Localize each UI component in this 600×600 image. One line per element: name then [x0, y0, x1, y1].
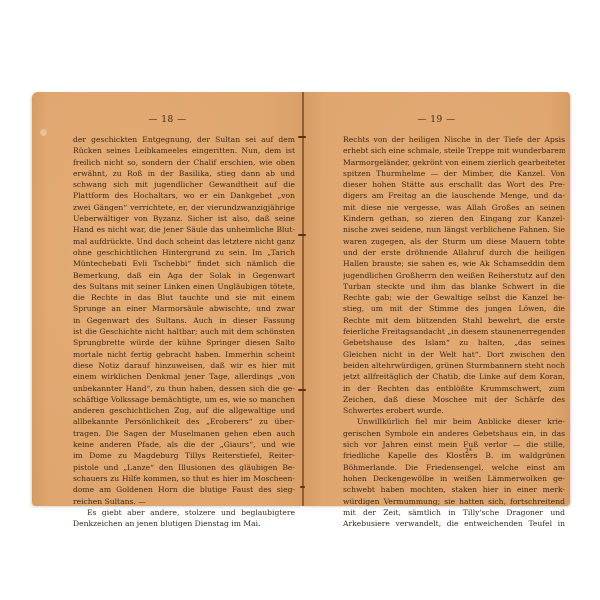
text-line: Kindern gethan, so zieren den Eingang zu… — [343, 213, 565, 224]
text-line: dome am Goldenen Horn die blutige Faust … — [73, 484, 295, 495]
text-line: Rücken seines Leibkameeles eingeritten. … — [73, 145, 295, 156]
text-line: Ueberwältiger von Byzanz. Sicher ist als… — [73, 213, 295, 224]
text-line: gerischen Symbole ein anderes Gebetshaus… — [343, 428, 565, 439]
text-line: einem wirklichen Denkmal jener Tage, all… — [73, 371, 295, 382]
text-line: Denkzeichen an jenen blutigen Dienstag i… — [73, 518, 295, 529]
binding-stitch — [298, 389, 306, 391]
text-line: beiden altehrwürdigen, grünen Sturmbanne… — [343, 360, 565, 371]
left-page-text: der geschickten Entgegnung, der Sultan s… — [73, 134, 295, 529]
text-line: in Gegenwart des Sultans. Auch in dieser… — [73, 315, 295, 326]
text-line: Zeichen, daß diese Moschee mit der Schär… — [343, 394, 565, 405]
text-line: des Sultans mit seiner Linken einen Ungl… — [73, 281, 295, 292]
text-line: freilich nicht so, sondern der Chalif er… — [73, 157, 295, 168]
text-line: hohen Deckengewölbe in weißen Lämmerwolk… — [343, 473, 565, 484]
binding-hole — [40, 129, 47, 136]
text-line: ist die Geschichte nicht haltbar; auch m… — [73, 326, 295, 337]
text-line: sich vor Jahren einst mein Fuß verlor — … — [343, 439, 565, 450]
text-line: Sprungbrette würde der kühne Springer di… — [73, 337, 295, 348]
text-line: jetzt allfreitäglich der Chatib, die Lin… — [343, 371, 565, 382]
text-line: Hand es nicht war, die jener Säule das u… — [73, 224, 295, 235]
text-line: schäftige Volkssage bemächtigte, um es, … — [73, 394, 295, 405]
text-line: die Rechte in das Blut tauchte und sie m… — [73, 292, 295, 303]
text-line: Plattform des Hochaltars, wo er ein Dank… — [73, 190, 295, 201]
text-line: Turban steckte und ihm das blanke Schwer… — [343, 281, 565, 292]
text-line: Sprunge an einer Marmorsäule abwischte, … — [73, 303, 295, 314]
text-line: Gleichen nicht in der Welt hat“. Dort zw… — [343, 349, 565, 360]
text-line: der geschickten Entgegnung, der Sultan s… — [73, 134, 295, 145]
text-line: Rechts von der heiligen Nische in der Ti… — [343, 134, 565, 145]
text-line: Es giebt aber andere, stolzere und begla… — [73, 507, 295, 518]
text-line: jugendlichen Großherrn den weißen Reiher… — [343, 270, 565, 281]
printer-signature-mark: 2* — [465, 448, 472, 455]
text-line: diese Notiz darauf hinzuweisen, daß wir … — [73, 360, 295, 371]
text-line: mit der Zeit, sämtlich in Tilly'sche Dra… — [343, 507, 565, 518]
text-line: reichen Sultans. — — [73, 496, 295, 507]
text-line: mit diese nie vergesse, was Allah Großes… — [343, 202, 565, 213]
text-line: waren zugegen, als der Sturm um diese Ma… — [343, 236, 565, 247]
text-line: spitzen Thurmhelme — der Mimber, die Kan… — [343, 168, 565, 179]
text-line: tragen. Die Sagen der Muselmanen gehen e… — [73, 428, 295, 439]
text-line: im Dome zu Magdeburg Tillys Reiterstiefe… — [73, 450, 295, 461]
book-spine — [302, 92, 304, 506]
binding-stitch — [300, 486, 305, 488]
text-line: und der erste dröhnende Allahruf durch d… — [343, 247, 565, 258]
text-line: erwähnt, zu Roß in der Basilika, stieg d… — [73, 168, 295, 179]
text-line: anderen geschichtlichen Zug, auf die all… — [73, 405, 295, 416]
text-line: friedliche Kapelle des Klosters B. im wa… — [343, 450, 565, 461]
text-line: nische zwei seidene, nun längst verblich… — [343, 224, 565, 235]
text-line: stieg, um mit der Stimme des jungen Löwe… — [343, 303, 565, 314]
text-line: digers am Freitag an die lauschende Meng… — [343, 190, 565, 201]
text-line: Marmorgeländer, gekrönt von einem zierli… — [343, 157, 565, 168]
binding-stitch — [298, 136, 306, 138]
text-line: erhebt sich eine schmale, steile Treppe … — [343, 145, 565, 156]
text-line: unbekannter Hand“, zu thun haben, dessen… — [73, 383, 295, 394]
text-line: würdigen Vermummung; sie hatten sich, fo… — [343, 496, 565, 507]
text-line: Böhmerlande. Die Friedensengel, welche e… — [343, 462, 565, 473]
text-line: zwei Gängen“ verrichtete, er, der vierun… — [73, 202, 295, 213]
text-line: Schwertes erobert wurde. — [343, 405, 565, 416]
text-line: ohne geschichtlichen Hintergrund zu sein… — [73, 247, 295, 258]
binding-stitch — [298, 234, 306, 236]
text-line: in der Rechten das entblößte Krummschwer… — [343, 383, 565, 394]
right-page-text: Rechts von der heiligen Nische in der Ti… — [343, 134, 565, 529]
text-line: Gebetshause des Islam“ zu halten, „das s… — [343, 337, 565, 348]
page-number-left: — 18 — — [32, 115, 303, 125]
text-line: Müntechebati Evli Tschebbi“ findet sich … — [73, 258, 295, 269]
text-line: Arkebusiere verwandelt, die entweichende… — [343, 518, 565, 529]
page-number-right: — 19 — — [303, 115, 570, 125]
text-line: keine anderen Pfade, als die der „Giaurs… — [73, 439, 295, 450]
text-line: mortale nicht fertig gebracht haben. Imm… — [73, 349, 295, 360]
text-line: mal aufdrückte. Und doch scheint das let… — [73, 236, 295, 247]
text-line: Rechte gab; wie der Gewaltige selbst die… — [343, 292, 565, 303]
text-line: schauers zu Hilfe kommen, so thut es hie… — [73, 473, 295, 484]
open-book: — 18 — der geschickten Entgegnung, der S… — [32, 92, 570, 506]
text-line: pistole und „Lanze“ den Illusionen des g… — [73, 462, 295, 473]
text-line: schwang sich mit jugendlicher Gewandthei… — [73, 179, 295, 190]
text-line: Bemerkung, daß ein Aga der Solak in Gege… — [73, 270, 295, 281]
right-page: — 19 — Rechts von der heiligen Nische in… — [303, 92, 570, 506]
text-line: allbekannte Persönlichkeit des „Eroberer… — [73, 416, 295, 427]
text-line: dieser hohen Stätte aus erschallt das Wo… — [343, 179, 565, 190]
text-line: schwebt haben mochten, staken hier in ei… — [343, 484, 565, 495]
text-line: Hallen brauste; sie sahen es, wie Ak Sch… — [343, 258, 565, 269]
text-line: feierliche Freitagsandacht „in diesem st… — [343, 326, 565, 337]
text-line: Rechte mit dem blitzenden Stahl bewehrt,… — [343, 315, 565, 326]
text-line: Unwillkürlich fiel mir beim Anblicke die… — [343, 416, 565, 427]
left-page: — 18 — der geschickten Entgegnung, der S… — [32, 92, 303, 506]
